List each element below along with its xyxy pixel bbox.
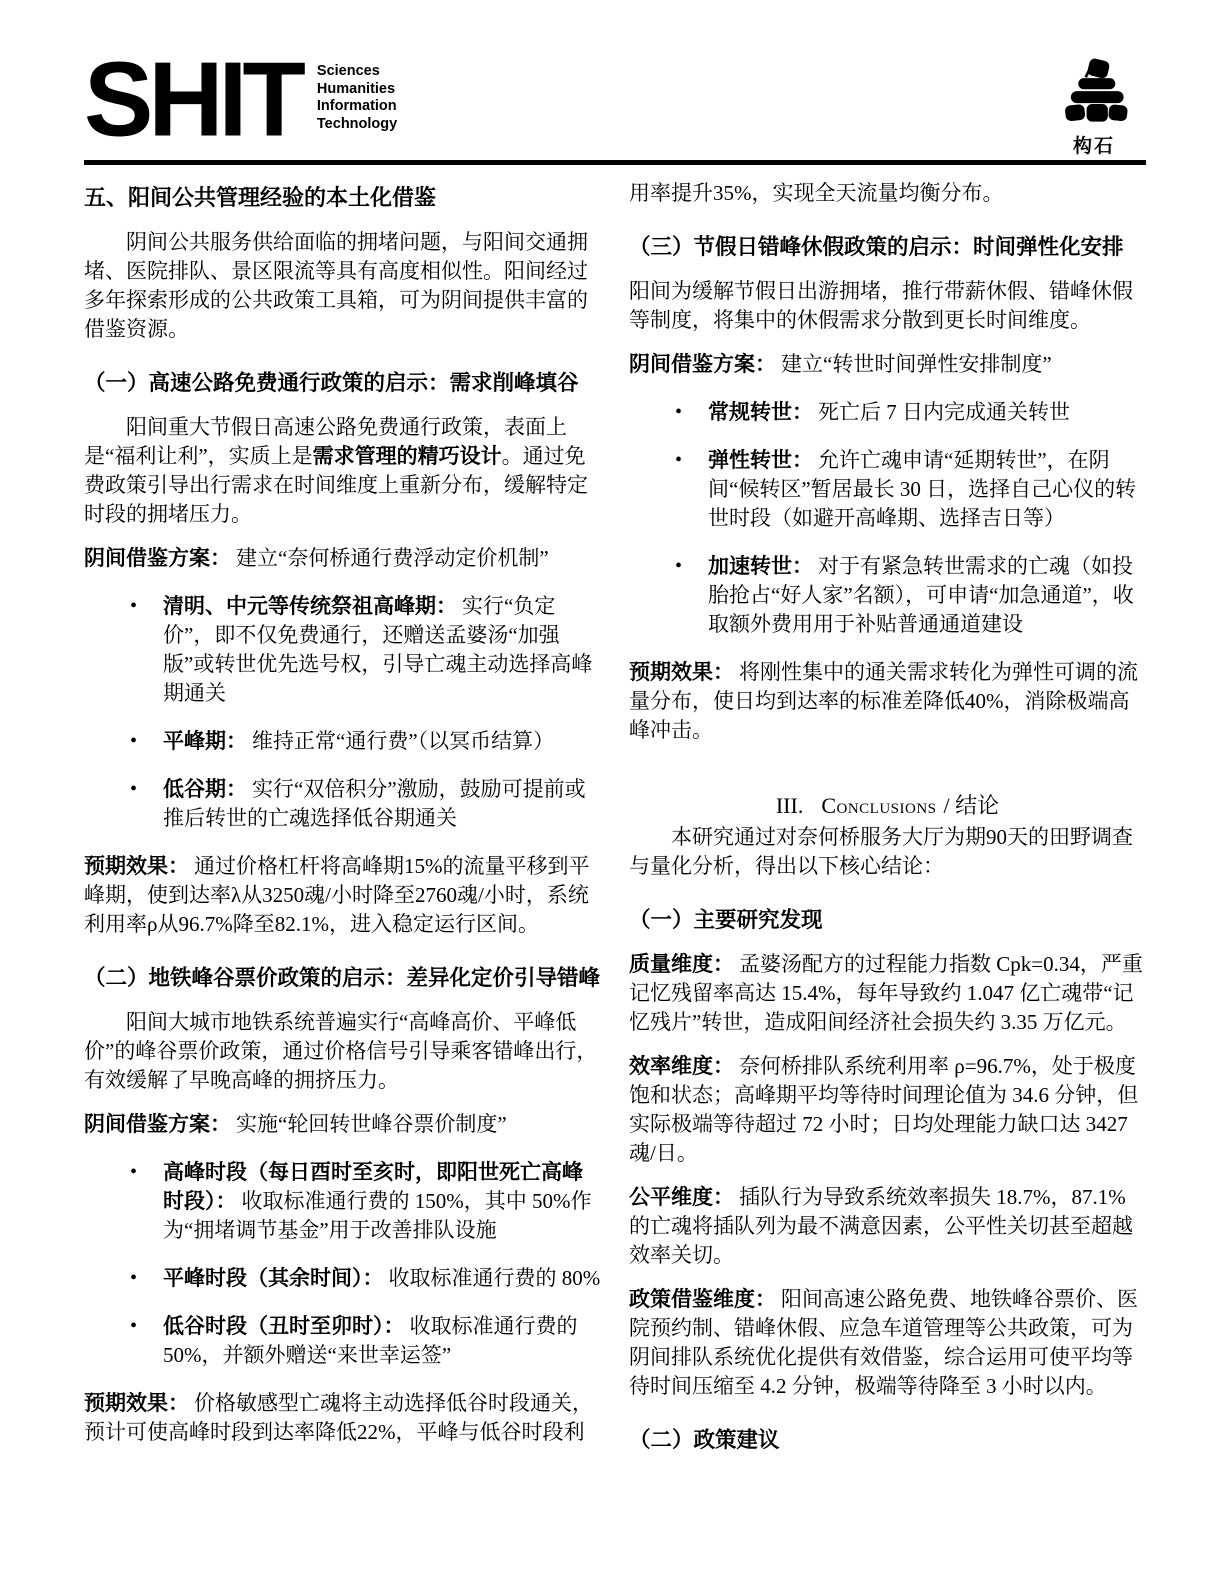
list-item-label: 常规转世：	[708, 400, 813, 424]
list-item: • 常规转世：死亡后 7 日内完成通关转世	[629, 398, 1146, 427]
intro-paragraph: 阴间公共服务供给面临的拥堵问题，与阳间交通拥堵、医院排队、景区限流等具有高度相似…	[84, 228, 601, 344]
journal-logo: SHIT Sciences Humanities Information Tec…	[84, 56, 397, 142]
quality-dimension: 质量维度：孟婆汤配方的过程能力指数 Cpk=0.34，严重记忆残留率高达 15.…	[629, 950, 1146, 1037]
heading-chinese: / 结论	[944, 793, 1000, 818]
list-item: • 高峰时段（每日酉时至亥时，即阳世死亡高峰时段）：收取标准通行费的 150%，…	[84, 1158, 601, 1245]
metro-paragraph: 阳间大城市地铁系统普遍实行“高峰高价、平峰低价”的峰谷票价政策，通过价格信号引导…	[84, 1008, 601, 1095]
masthead: SHIT Sciences Humanities Information Tec…	[84, 56, 1146, 152]
effect-paragraph-1: 预期效果：通过价格杠杆将高峰期15%的流量平移到平峰期，使到达率λ从3250魂/…	[84, 852, 601, 939]
continuation-paragraph: 用率提升35%，实现全天流量均衡分布。	[629, 179, 1146, 208]
stone-pile-icon	[1057, 54, 1131, 130]
list-item-detail: 收取标准通行费的 80%	[389, 1266, 601, 1290]
list-item-label: 低谷时段（丑时至卯时）：	[163, 1314, 405, 1338]
bullet-icon: •	[675, 552, 708, 639]
journal-logo-words: Sciences Humanities Information Technolo…	[317, 56, 397, 133]
run-in-label: 质量维度：	[629, 952, 734, 976]
holiday-paragraph: 阳间为缓解节假日出游拥堵，推行带薪休假、错峰休假等制度，将集中的休假需求分散到更…	[629, 277, 1146, 335]
seal-label: 构石	[1046, 131, 1142, 158]
bullet-icon: •	[675, 446, 708, 533]
list-item-label: 清明、中元等传统祭祖高峰期：	[163, 594, 457, 618]
efficiency-dimension: 效率维度：奈何桥排队系统利用率 ρ=96.7%，处于极度饱和状态；高峰期平均等待…	[629, 1052, 1146, 1168]
logo-word-humanities: Humanities	[317, 81, 397, 99]
list-item: • 弹性转世：允许亡魂申请“延期转世”，在阴间“候转区”暂居最长 30 日，选择…	[629, 446, 1146, 533]
bullet-icon: •	[675, 398, 708, 427]
list-item: • 低谷时段（丑时至卯时）：收取标准通行费的 50%，并额外赠送“来世幸运签”	[84, 1312, 601, 1370]
text-run: 建立“转世时间弹性安排制度”	[781, 352, 1052, 376]
list-item-text: 清明、中元等传统祭祖高峰期：实行“负定价”，即不仅免费通行，还赠送孟婆汤“加强版…	[163, 592, 601, 708]
run-in-label: 预期效果：	[84, 1391, 189, 1415]
list-item-detail: 维持正常“通行费”（以冥币结算）	[252, 729, 554, 753]
subsection-heading-2: （二）地铁峰谷票价政策的启示：差异化定价引导错峰	[84, 963, 601, 993]
logo-word-technology: Technology	[317, 116, 397, 134]
heading-numeral: III.	[776, 793, 803, 818]
document-page: SHIT Sciences Humanities Information Tec…	[0, 0, 1224, 1584]
right-column: 用率提升35%，实现全天流量均衡分布。 （三）节假日错峰休假政策的启示：时间弹性…	[629, 175, 1146, 1470]
run-in-label: 阴间借鉴方案：	[84, 546, 231, 570]
subsection-heading-1: （一）高速公路免费通行政策的启示：需求削峰填谷	[84, 368, 601, 398]
list-item-text: 平峰时段（其余时间）：收取标准通行费的 80%	[163, 1264, 601, 1293]
recommendations-heading: （二）政策建议	[629, 1425, 1146, 1455]
plan-paragraph-3: 阴间借鉴方案：建立“转世时间弹性安排制度”	[629, 350, 1146, 379]
plan-paragraph-1: 阴间借鉴方案：建立“奈何桥通行费浮动定价机制”	[84, 544, 601, 573]
bullet-icon: •	[130, 1312, 163, 1370]
highway-paragraph: 阳间重大节假日高速公路免费通行政策，表面上是“福利让利”，实质上是需求管理的精巧…	[84, 413, 601, 529]
conclusions-heading: III.Conclusions/ 结论	[629, 791, 1146, 821]
list-item-text: 高峰时段（每日酉时至亥时，即阳世死亡高峰时段）：收取标准通行费的 150%，其中…	[163, 1158, 601, 1245]
bullet-icon: •	[130, 1264, 163, 1293]
bullet-icon: •	[130, 1158, 163, 1245]
run-in-label: 政策借鉴维度：	[629, 1287, 776, 1311]
bullet-icon: •	[130, 592, 163, 708]
run-in-label: 阴间借鉴方案：	[629, 352, 776, 376]
logo-word-information: Information	[317, 98, 397, 116]
journal-acronym: SHIT	[84, 56, 301, 144]
list-item: • 平峰期：维持正常“通行费”（以冥币结算）	[84, 727, 601, 756]
publisher-seal: 构石	[1046, 54, 1142, 158]
list-item-label: 平峰时段（其余时间）：	[163, 1266, 384, 1290]
document-body: 五、阳间公共管理经验的本土化借鉴 阴间公共服务供给面临的拥堵问题，与阳间交通拥堵…	[84, 175, 1146, 1470]
bullet-list-1: • 清明、中元等传统祭祖高峰期：实行“负定价”，即不仅免费通行，还赠送孟婆汤“加…	[84, 592, 601, 833]
bullet-list-3: • 常规转世：死亡后 7 日内完成通关转世 • 弹性转世：允许亡魂申请“延期转世…	[629, 398, 1146, 639]
plan-paragraph-2: 阴间借鉴方案：实施“轮回转世峰谷票价制度”	[84, 1110, 601, 1139]
list-item-detail: 死亡后 7 日内完成通关转世	[818, 400, 1070, 424]
run-in-label: 效率维度：	[629, 1054, 734, 1078]
policy-dimension: 政策借鉴维度：阳间高速公路免费、地铁峰谷票价、医院预约制、错峰休假、应急车道管理…	[629, 1285, 1146, 1401]
list-item-text: 加速转世：对于有紧急转世需求的亡魂（如投胎抢占“好人家”名额），可申请“加急通道…	[708, 552, 1146, 639]
run-in-label: 公平维度：	[629, 1185, 734, 1209]
bullet-icon: •	[130, 775, 163, 833]
list-item: • 加速转世：对于有紧急转世需求的亡魂（如投胎抢占“好人家”名额），可申请“加急…	[629, 552, 1146, 639]
effect-paragraph-2: 预期效果：价格敏感型亡魂将主动选择低谷时段通关，预计可使高峰时段到达率降低22%…	[84, 1389, 601, 1447]
list-item: • 低谷期：实行“双倍积分”激励，鼓励可提前或推后转世的亡魂选择低谷期通关	[84, 775, 601, 833]
section-heading-5: 五、阳间公共管理经验的本土化借鉴	[84, 183, 601, 213]
run-in-label: 阴间借鉴方案：	[84, 1112, 231, 1136]
list-item-text: 常规转世：死亡后 7 日内完成通关转世	[708, 398, 1146, 427]
list-item-label: 弹性转世：	[708, 448, 813, 472]
bullet-icon: •	[130, 727, 163, 756]
bullet-list-2: • 高峰时段（每日酉时至亥时，即阳世死亡高峰时段）：收取标准通行费的 150%，…	[84, 1158, 601, 1370]
fairness-dimension: 公平维度：插队行为导致系统效率损失 18.7%，87.1%的亡魂将插队列为最不满…	[629, 1183, 1146, 1270]
left-column: 五、阳间公共管理经验的本土化借鉴 阴间公共服务供给面临的拥堵问题，与阳间交通拥堵…	[84, 175, 601, 1470]
run-in-label: 预期效果：	[84, 854, 189, 878]
subsection-heading-3: （三）节假日错峰休假政策的启示：时间弹性化安排	[629, 232, 1146, 262]
text-run: 实施“轮回转世峰谷票价制度”	[236, 1112, 507, 1136]
list-item-text: 弹性转世：允许亡魂申请“延期转世”，在阴间“候转区”暂居最长 30 日，选择自己…	[708, 446, 1146, 533]
bold-run: 需求管理的精巧设计	[313, 444, 502, 468]
list-item-text: 平峰期：维持正常“通行费”（以冥币结算）	[163, 727, 601, 756]
run-in-label: 预期效果：	[629, 660, 734, 684]
logo-word-sciences: Sciences	[317, 63, 397, 81]
list-item-label: 加速转世：	[708, 554, 813, 578]
list-item-label: 低谷期：	[163, 777, 247, 801]
list-item-label: 平峰期：	[163, 729, 247, 753]
conclusions-intro: 本研究通过对奈何桥服务大厅为期90天的田野调查与量化分析，得出以下核心结论：	[629, 823, 1146, 881]
heading-latin: Conclusions	[821, 793, 936, 818]
text-run: 建立“奈何桥通行费浮动定价机制”	[236, 546, 549, 570]
findings-heading: （一）主要研究发现	[629, 905, 1146, 935]
list-item: • 清明、中元等传统祭祖高峰期：实行“负定价”，即不仅免费通行，还赠送孟婆汤“加…	[84, 592, 601, 708]
list-item-text: 低谷时段（丑时至卯时）：收取标准通行费的 50%，并额外赠送“来世幸运签”	[163, 1312, 601, 1370]
list-item-text: 低谷期：实行“双倍积分”激励，鼓励可提前或推后转世的亡魂选择低谷期通关	[163, 775, 601, 833]
list-item: • 平峰时段（其余时间）：收取标准通行费的 80%	[84, 1264, 601, 1293]
header-rule	[84, 160, 1146, 165]
effect-paragraph-3: 预期效果：将刚性集中的通关需求转化为弹性可调的流量分布，使日均到达率的标准差降低…	[629, 658, 1146, 745]
